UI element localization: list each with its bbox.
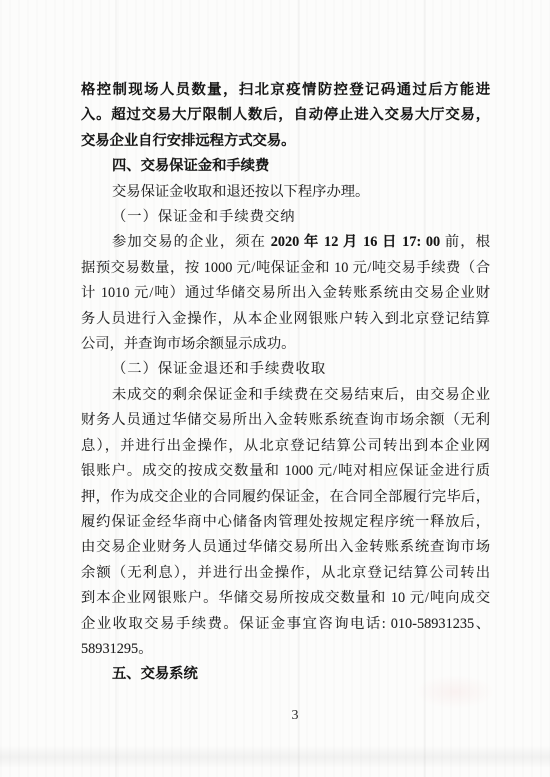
body-line: 交易企业自行安排远程方式交易。 <box>81 129 490 154</box>
subsection-heading-1: （一）保证金和手续费交纳 <box>81 205 490 230</box>
body-line: 58931295。 <box>81 637 490 662</box>
body-line: 银账户。成交的按成交数量和 1000 元/吨对相应保证金进行质 <box>81 459 490 484</box>
body-line: 据预交易数量，按 1000 元/吨保证金和 10 元/吨交易手续费（合 <box>81 256 490 281</box>
section-heading-4: 四、交易保证金和手续费 <box>81 154 490 179</box>
scanned-document-page: 格控制现场人员数量，扫北京疫情防控登记码通过后方能进 入。超过交易大厅限制人数后… <box>0 0 550 777</box>
body-line: 交易保证金收取和退还按以下程序办理。 <box>81 180 490 205</box>
body-line: 财务人员通过华储交易所出入金转账系统查询市场余额（无利 <box>81 408 490 433</box>
subsection-heading-2: （二）保证金退还和手续费收取 <box>81 357 490 382</box>
body-line: 息），并进行出金操作，从北京登记结算公司转出到本企业网 <box>81 434 490 459</box>
text-segment: 前，根 <box>440 234 490 250</box>
body-line: 余额（无利息），并进行出金操作，从北京登记结算公司转出 <box>81 561 490 586</box>
scan-edge-shadow <box>0 745 550 767</box>
body-line: 计 1010 元/吨）通过华储交易所出入金转账系统由交易企业财 <box>81 281 490 306</box>
page-number: 3 <box>265 705 325 727</box>
body-line: 到本企业网银账户。华储交易所按成交数量和 10 元/吨向成交 <box>81 586 490 611</box>
body-line: 务人员进行入金操作，从本企业网银账户转入到北京登记结算 <box>81 307 490 332</box>
body-line: 公司，并查询市场余额显示成功。 <box>81 332 490 357</box>
body-line: 参加交易的企业，须在 2020 年 12 月 16 日 17: 00 前，根 <box>81 230 490 255</box>
section-heading-5: 五、交易系统 <box>81 662 490 687</box>
body-line: 履约保证金经华商中心储备肉管理处按规定程序统一释放后， <box>81 510 490 535</box>
body-line: 押，作为成交企业的合同履约保证金，在合同全部履行完毕后， <box>81 485 490 510</box>
document-body: 格控制现场人员数量，扫北京疫情防控登记码通过后方能进 入。超过交易大厅限制人数后… <box>81 78 490 688</box>
deadline-datetime: 2020 年 12 月 16 日 17: 00 <box>271 234 441 250</box>
body-line: 由交易企业财务人员通过华储交易所出入金转账系统查询市场 <box>81 535 490 560</box>
body-line: 格控制现场人员数量，扫北京疫情防控登记码通过后方能进 <box>81 78 490 103</box>
body-line: 企业收取交易手续费。保证金事宜咨询电话: 010-58931235、 <box>81 612 490 637</box>
body-line: 未成交的剩余保证金和手续费在交易结束后，由交易企业 <box>81 383 490 408</box>
body-line: 入。超过交易大厅限制人数后，自动停止进入交易大厅交易， <box>81 103 490 128</box>
text-segment: 参加交易的企业，须在 <box>112 234 271 250</box>
